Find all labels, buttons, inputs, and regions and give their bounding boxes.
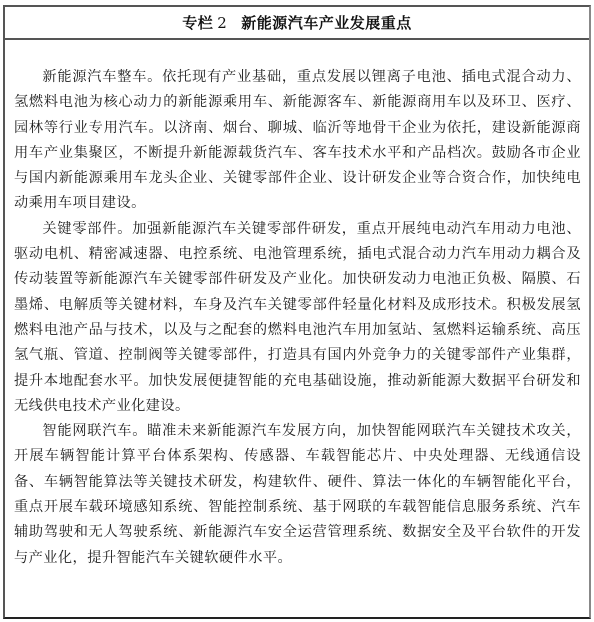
column-title: 新能源汽车产业发展重点 — [241, 12, 412, 33]
paragraph-vehicles: 新能源汽车整车。依托现有产业基础，重点发展以锂离子电池、插电式混合动力、氢燃料电… — [14, 65, 581, 217]
column-box: 专栏 2 新能源汽车产业发展重点 新能源汽车整车。依托现有产业基础，重点发展以锂… — [3, 5, 591, 619]
column-body: 新能源汽车整车。依托现有产业基础，重点发展以锂离子电池、插电式混合动力、氢燃料电… — [5, 40, 589, 571]
paragraph-key-components: 关键零部件。加强新能源汽车关键零部件研发，重点开展纯电动汽车用动力电池、驱动电机… — [14, 217, 581, 419]
column-number: 2 — [217, 14, 227, 32]
column-label: 专栏 — [182, 12, 213, 33]
paragraph-connected-vehicles: 智能网联汽车。瞄准未来新能源汽车发展方向，加快智能网联汽车关键技术攻关，开展车辆… — [14, 419, 581, 571]
column-header: 专栏 2 新能源汽车产业发展重点 — [5, 7, 589, 40]
